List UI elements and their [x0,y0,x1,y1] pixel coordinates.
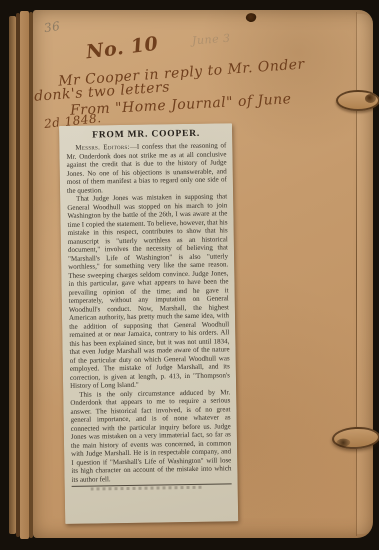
newspaper-clipping: FROM MR. COOPER. Messrs. Editors:—I conf… [59,123,238,524]
clipping-body: Messrs. Editors:—I confess that the reas… [66,141,231,483]
binding-knot [336,438,350,447]
clipping-paragraph-3: This is the only circumstance adduced by… [70,388,231,484]
binding-knot [365,94,376,103]
page-number: 36 [43,19,61,35]
clipping-headline: FROM MR. COOPER. [66,128,226,141]
clipping-paragraph-1: Messrs. Editors:—I confess that the reas… [66,141,227,195]
page-edge-stack [9,16,16,534]
clipping-salutation: Messrs. Editors: [75,143,130,152]
pencil-date-note: June 3 [192,32,231,48]
clipping-cut-off-line [91,486,203,491]
page-edge-stack [20,11,29,539]
clipping-paragraph-2: That Judge Jones was mistaken in supposi… [67,192,230,390]
binding-tie-top [336,90,379,111]
